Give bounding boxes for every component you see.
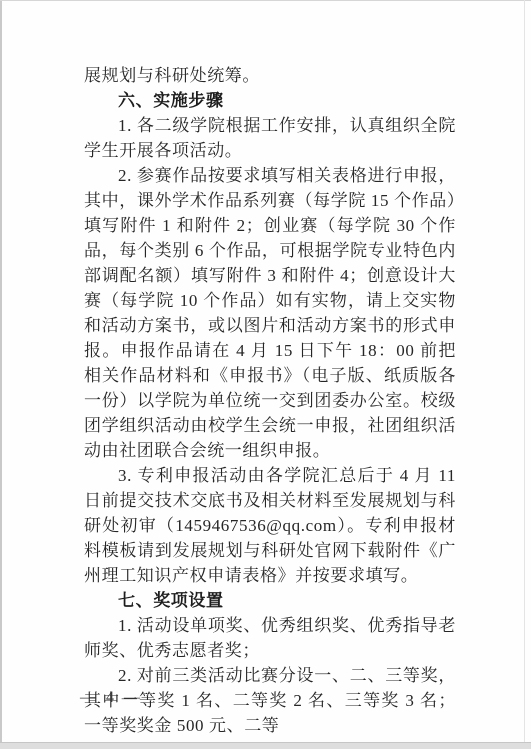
scan-edge-right [524,0,525,749]
scan-edge-top [0,0,531,1]
paragraph-step-1: 1. 各二级学院根据工作安排，认真组织全院学生开展各项活动。 [84,113,456,163]
section-heading-awards: 七、奖项设置 [84,588,456,613]
paragraph-step-2: 2. 参赛作品按要求填写相关表格进行申报，其中，课外学术作品系列赛（每学院 15… [84,163,456,463]
document-body: 展规划与科研处统筹。 六、实施步骤 1. 各二级学院根据工作安排，认真组织全院学… [84,63,456,738]
page-number: — 4 — [80,689,143,707]
document-page: 展规划与科研处统筹。 六、实施步骤 1. 各二级学院根据工作安排，认真组织全院学… [0,0,531,749]
paragraph-award-1: 1. 活动设单项奖、优秀组织奖、优秀指导老师奖、优秀志愿者奖； [84,613,456,663]
section-heading-implementation-steps: 六、实施步骤 [84,88,456,113]
scan-edge-bottom [0,742,531,749]
paragraph-step-3: 3. 专利申报活动由各学院汇总后于 4 月 11 日前提交技术交底书及相关材料至… [84,463,456,588]
paragraph-continuation: 展规划与科研处统筹。 [84,63,456,88]
scan-edge-left [0,0,2,749]
